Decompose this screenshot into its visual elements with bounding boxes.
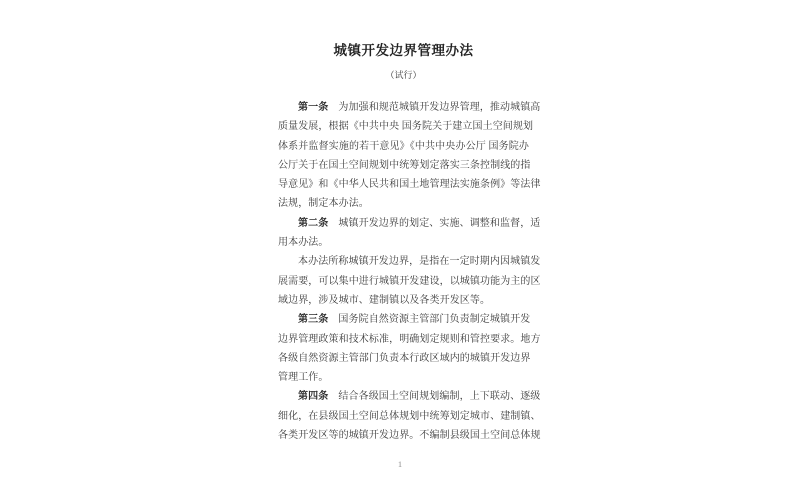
document-subtitle: （试行） bbox=[278, 69, 529, 81]
article-label: 第四条 bbox=[298, 391, 328, 402]
document-line: 各类开发区等的城镇开发边界。不编制县级国土空间总体规 bbox=[278, 426, 529, 445]
document-line: 第一条 为加强和规范城镇开发边界管理，推动城镇高 bbox=[278, 98, 529, 117]
document-page: 城镇开发边界管理办法 （试行） 第一条 为加强和规范城镇开发边界管理，推动城镇高… bbox=[0, 0, 800, 500]
document-title: 城镇开发边界管理办法 bbox=[238, 42, 569, 60]
document-line: 第二条 城镇开发边界的划定、实施、调整和监督，适 bbox=[278, 214, 529, 233]
document-line: 各级自然资源主管部门负责本行政区域内的城镇开发边界 bbox=[278, 349, 529, 368]
article-label: 第三条 bbox=[298, 314, 328, 325]
paragraph: 第一条 为加强和规范城镇开发边界管理，推动城镇高质量发展，根据《中共中央 国务院… bbox=[278, 98, 529, 214]
paragraph: 本办法所称城镇开发边界，是指在一定时期内因城镇发展需要，可以集中进行城镇开发建设… bbox=[278, 252, 529, 310]
article-label: 第一条 bbox=[298, 102, 328, 113]
paragraph: 第二条 城镇开发边界的划定、实施、调整和监督，适用本办法。 bbox=[278, 214, 529, 253]
document-line: 用本办法。 bbox=[278, 233, 529, 252]
document-body: 第一条 为加强和规范城镇开发边界管理，推动城镇高质量发展，根据《中共中央 国务院… bbox=[278, 98, 529, 445]
document-line: 管理工作。 bbox=[278, 368, 529, 387]
document-line: 第四条 结合各级国土空间规划编制，上下联动、逐级 bbox=[278, 387, 529, 406]
paragraph: 第三条 国务院自然资源主管部门负责制定城镇开发边界管理政策和技术标准，明确划定规… bbox=[278, 310, 529, 387]
document-line: 导意见》和《中华人民共和国土地管理法实施条例》等法律 bbox=[278, 175, 529, 194]
document-line: 域边界，涉及城市、建制镇以及各类开发区等。 bbox=[278, 291, 529, 310]
document-line: 第三条 国务院自然资源主管部门负责制定城镇开发 bbox=[278, 310, 529, 329]
document-line: 体系并监督实施的若干意见》《中共中央办公厅 国务院办 bbox=[278, 137, 529, 156]
document-content-column: 城镇开发边界管理办法 （试行） 第一条 为加强和规范城镇开发边界管理，推动城镇高… bbox=[278, 0, 529, 500]
document-line: 法规，制定本办法。 bbox=[278, 194, 529, 213]
document-line: 本办法所称城镇开发边界，是指在一定时期内因城镇发 bbox=[278, 252, 529, 271]
page-number: 1 bbox=[0, 458, 800, 470]
document-line: 质量发展，根据《中共中央 国务院关于建立国土空间规划 bbox=[278, 117, 529, 136]
document-line: 展需要，可以集中进行城镇开发建设，以城镇功能为主的区 bbox=[278, 272, 529, 291]
article-label: 第二条 bbox=[298, 218, 328, 229]
document-line: 公厅关于在国土空间规划中统筹划定落实三条控制线的指 bbox=[278, 156, 529, 175]
document-line: 细化，在县级国土空间总体规划中统筹划定城市、建制镇、 bbox=[278, 407, 529, 426]
paragraph: 第四条 结合各级国土空间规划编制，上下联动、逐级细化，在县级国土空间总体规划中统… bbox=[278, 387, 529, 445]
document-line: 边界管理政策和技术标准，明确划定规则和管控要求。地方 bbox=[278, 330, 529, 349]
